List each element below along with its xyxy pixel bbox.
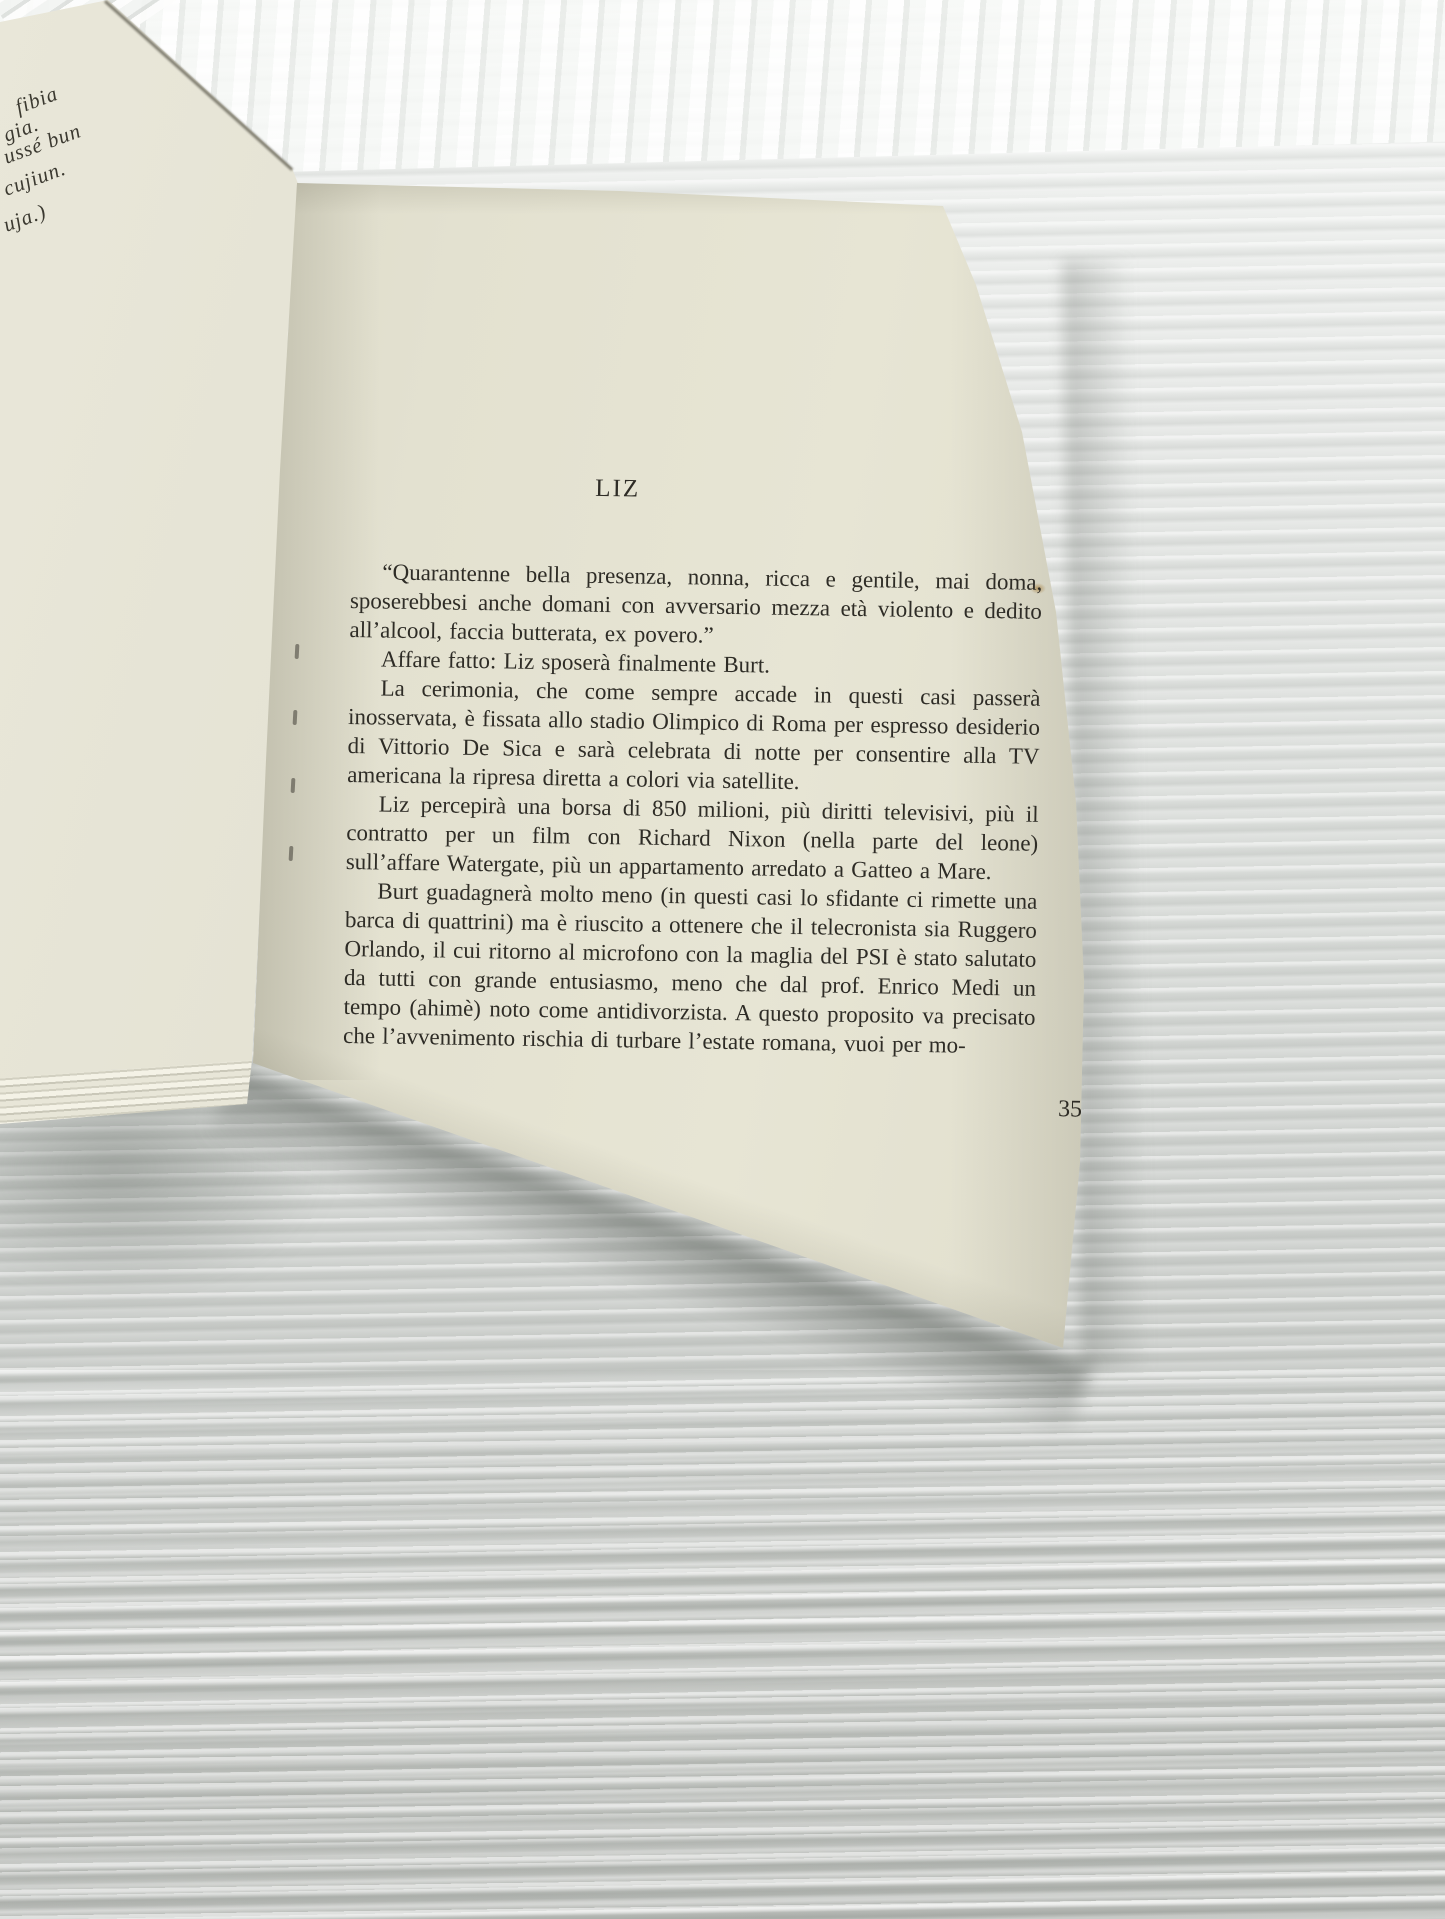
paragraph: Burt guadagnerà molto meno (in questi ca… [343,876,1038,1061]
binding-stitch [291,778,296,793]
paragraph: “Quarantenne bella presenza, nonna, ricc… [349,557,1042,655]
binding-stitch [289,846,294,861]
binding-stitch [293,710,298,725]
table-surface-ridges [0,1370,1445,1919]
paragraph: La cerimonia, che come sempre accade in … [347,673,1041,800]
binding-stitch [295,644,300,659]
printed-text-block: LIZ “Quarantenne bella presenza, nonna, … [342,470,1044,1124]
top-edge-shading [290,180,960,214]
book-photo: fibia gia. ussé bun cujiun. uja.) LIZ “Q… [0,0,1445,1919]
paragraph: Liz percepirà una borsa di 850 milioni, … [346,789,1039,887]
